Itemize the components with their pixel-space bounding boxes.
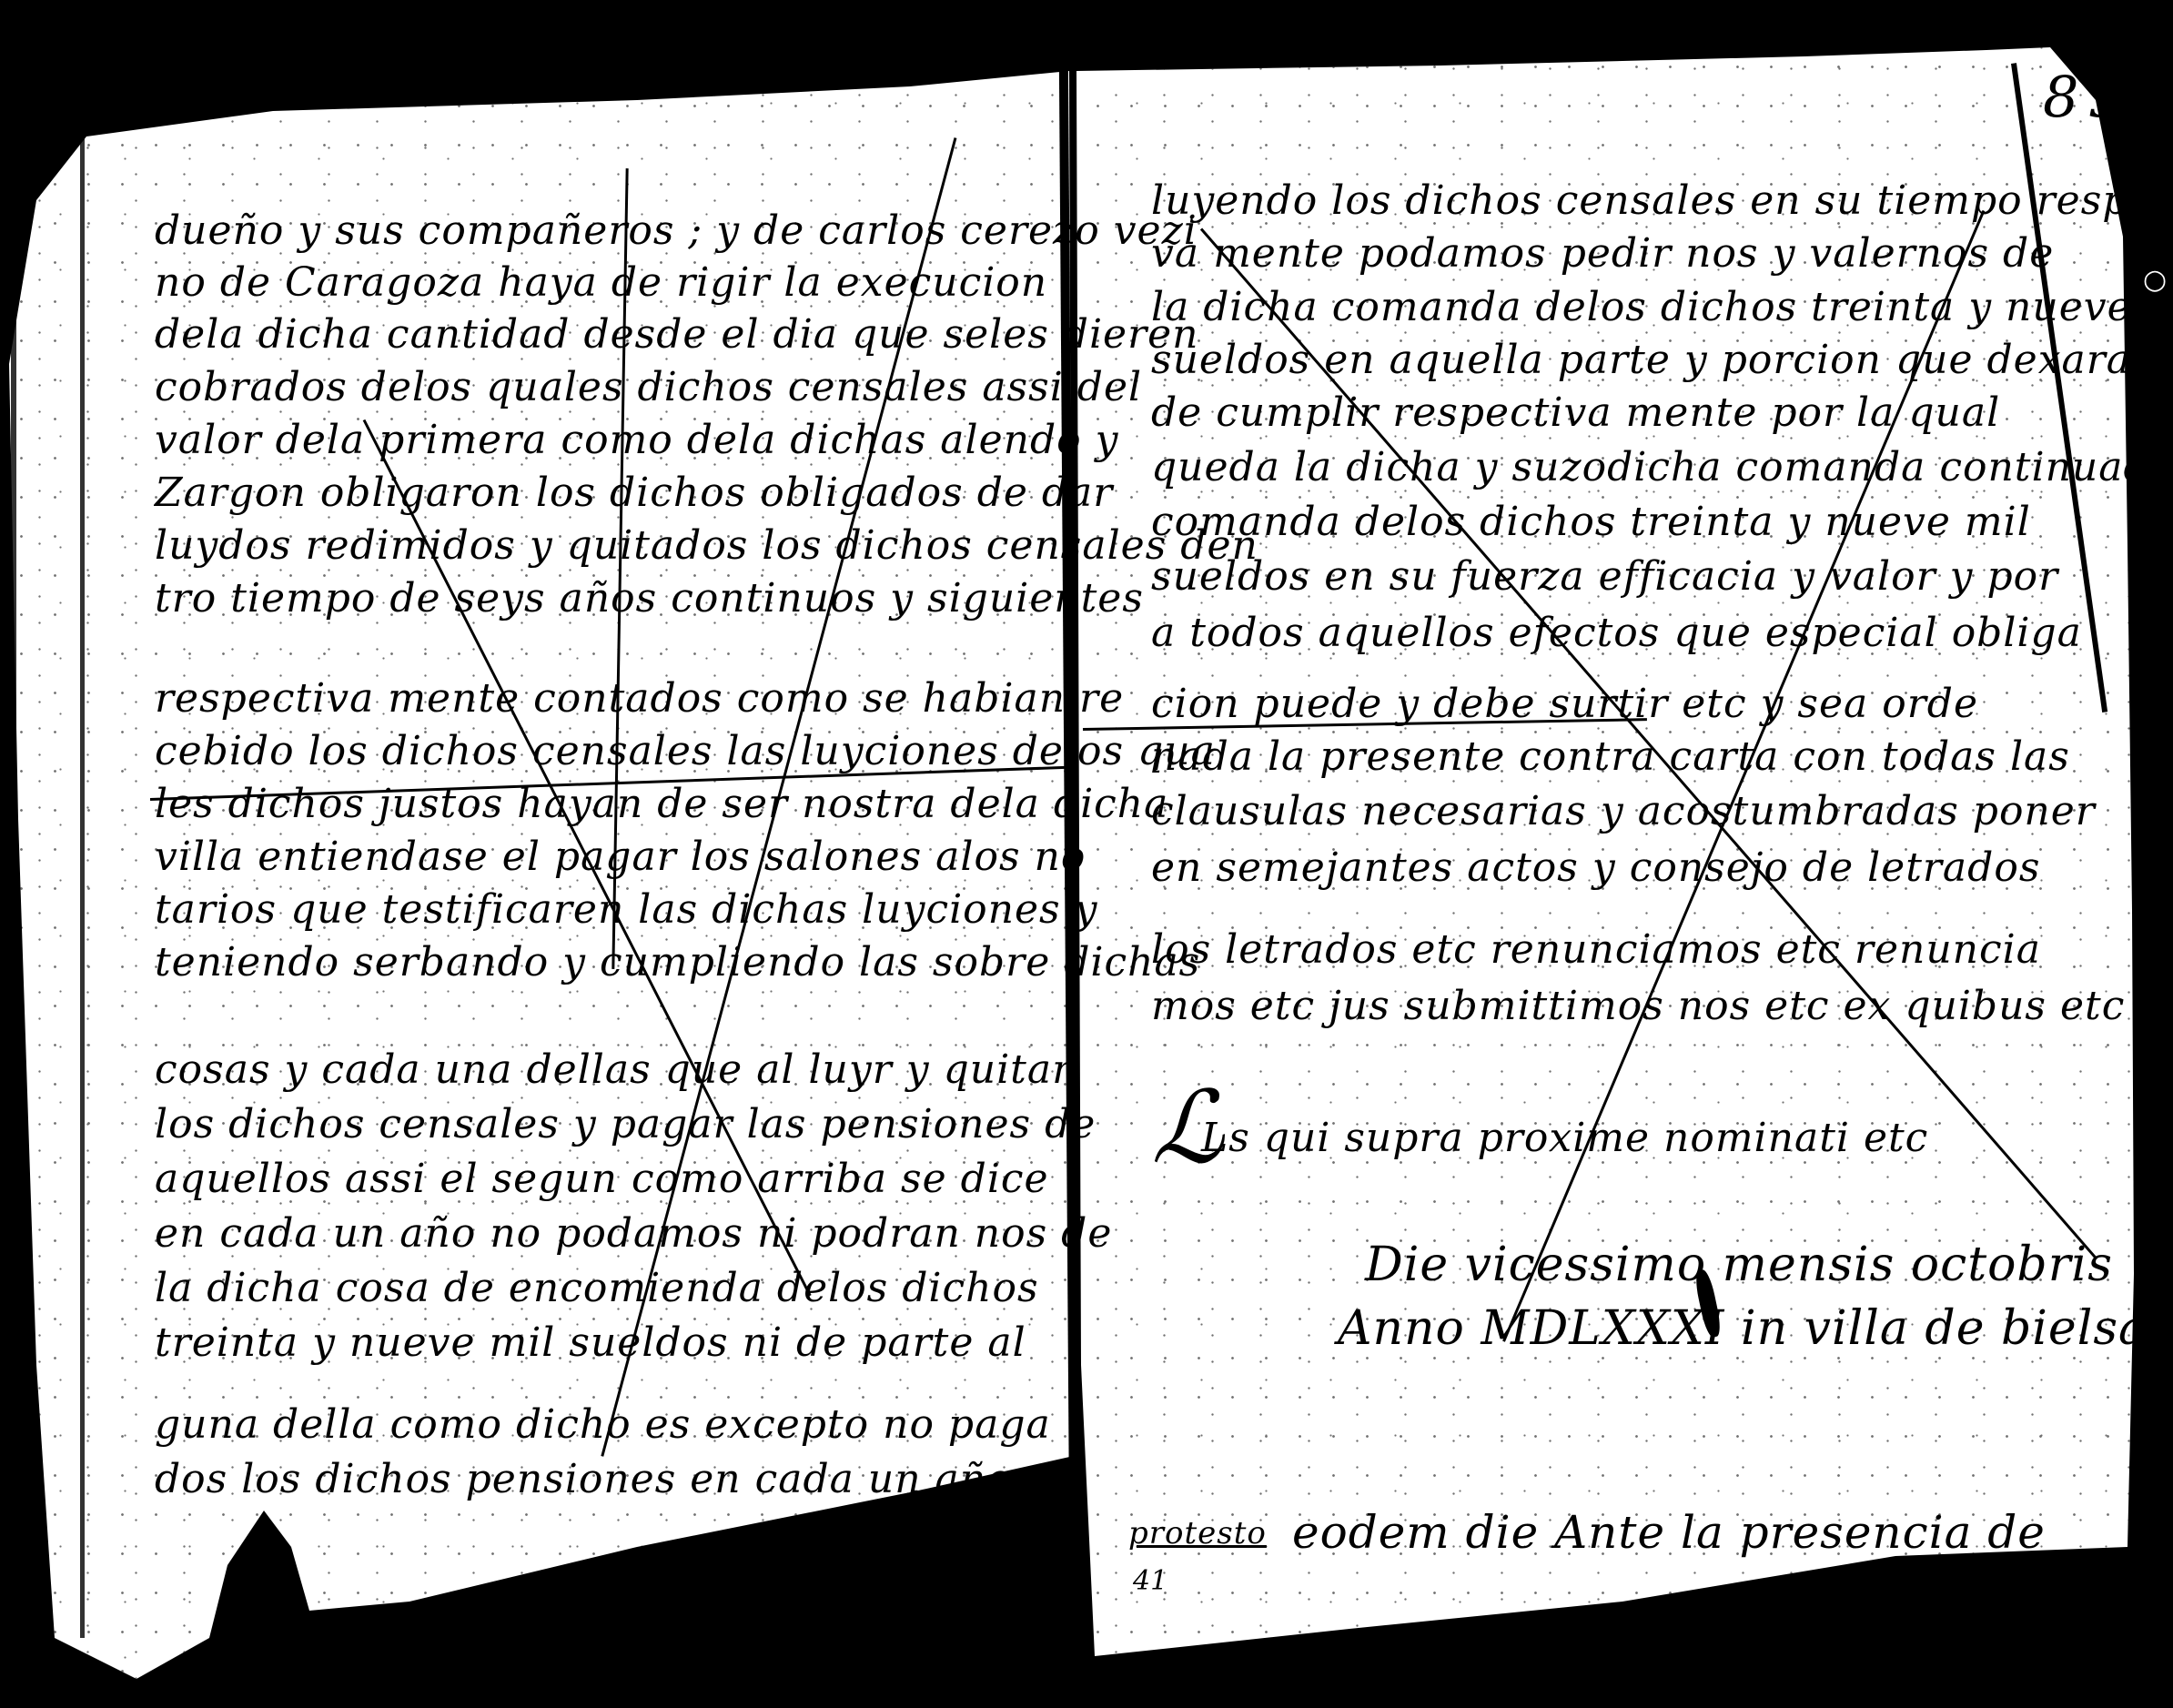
right-line-5: de cumplir respectiva mente por la qual <box>1151 389 2000 436</box>
right-line-1: luyendo los dichos censales en su tiempo… <box>1151 177 2173 224</box>
right-line-11: nada la presente contra carta con todas … <box>1151 733 2070 780</box>
paragraph-flourish-icon: ℒ <box>1151 1069 1223 1186</box>
right-line-9: a todos aquellos efectos que especial ob… <box>1151 610 2082 656</box>
scanner-mark: ○ <box>2143 264 2167 296</box>
dated-entry-line-2: Anno MDLXXXI in villa de bielsa <box>1338 1301 2148 1356</box>
right-line-8: sueldos en su fuerza efficacia y valor y… <box>1151 553 2058 600</box>
left-line-15: cosas y cada una dellas que al luyr y qu… <box>155 1046 1072 1093</box>
left-line-4: cobrados delos quales dichos censales as… <box>155 364 1142 410</box>
left-line-16: los dichos censales y pagar las pensione… <box>155 1101 1096 1147</box>
left-line-13: tarios que testificaren las dichas luyci… <box>155 886 1097 933</box>
left-page-torn-notch <box>209 1551 309 1706</box>
left-line-19: la dicha cosa de encomienda delos dichos <box>155 1265 1039 1311</box>
left-line-7: luydos redimidos y quitados los dichos c… <box>155 522 1258 569</box>
left-line-3: dela dicha cantidad desde el dia que sel… <box>155 311 1199 358</box>
right-line-14: los letrados etc renunciamos etc renunci… <box>1151 926 2041 973</box>
right-line-7: comanda delos dichos treinta y nueve mil <box>1151 499 2031 545</box>
left-line-14: teniendo serbando y cumpliendo las sobre… <box>155 939 1200 985</box>
left-line-11: les dichos justos hayan de ser nostra de… <box>155 781 1168 827</box>
left-line-17: aquellos assi el segun como arriba se di… <box>155 1156 1049 1202</box>
left-page-curled-edge <box>11 136 85 1638</box>
right-line-6: queda la dicha y suzodicha comanda conti… <box>1151 444 2173 490</box>
right-marginal-line: Ls qui supra proxime nominati etc <box>1201 1115 1928 1161</box>
protesto-margin-label: protesto <box>1128 1515 1267 1551</box>
left-line-9: respectiva mente contados como se habian… <box>155 675 1124 722</box>
closing-line: eodem die Ante la presencia de <box>1292 1506 2046 1559</box>
dated-entry-line-1: Die vicessimo mensis octobris <box>1365 1238 2113 1292</box>
left-line-5: valor dela primera como dela dichas alen… <box>155 417 1118 463</box>
left-line-12: villa entiendase el pagar los salones al… <box>155 834 1086 880</box>
left-line-6: Zargon obligaron los dichos obligados de… <box>155 470 1113 516</box>
left-line-21: guna della como dicho es excepto no paga <box>155 1401 1051 1448</box>
right-line-3: la dicha comanda delos dichos treinta y … <box>1151 284 2173 330</box>
right-line-12: clausulas necesarias y acostumbradas pon… <box>1151 788 2096 834</box>
left-line-8: tro tiempo de seys años continuos y sigu… <box>155 575 1144 622</box>
left-line-22: dos los dichos pensiones en cada un año … <box>155 1456 1066 1502</box>
left-line-1: dueño y sus compañeros ; y de carlos cer… <box>155 207 1198 254</box>
left-line-20: treinta y nueve mil sueldos ni de parte … <box>155 1319 1026 1366</box>
right-line-2: va mente podamos pedir nos y valernos de <box>1151 230 2054 277</box>
manuscript-scan: 89 dueño y sus compañeros ; y de carlos … <box>0 0 2173 1708</box>
folio-number: 89 <box>2043 64 2133 130</box>
right-line-13: en semejantes actos y consejo de letrado… <box>1151 844 2040 891</box>
bottom-margin-mark: 41 <box>1133 1565 1167 1597</box>
left-line-18: en cada un año no podamos ni podran nos … <box>155 1210 1112 1257</box>
